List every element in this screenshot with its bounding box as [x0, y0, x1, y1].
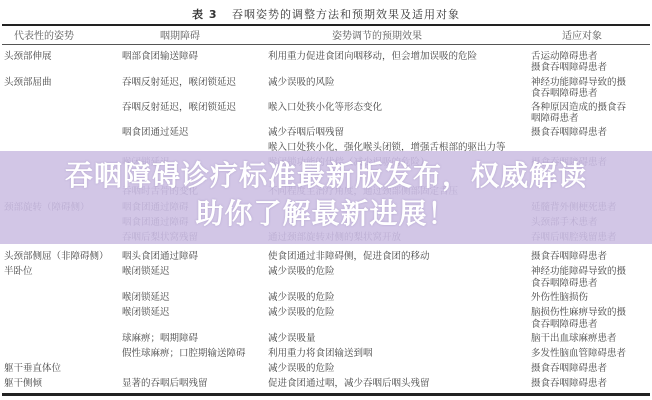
- header-posture: 代表性的姿势: [14, 30, 74, 43]
- headline-line-1: 吞咽障碍诊疗标准最新版发布，权威解读: [0, 158, 652, 194]
- cell-posture: 躯干侧倾: [4, 377, 42, 390]
- cell-target: 食吞咽障碍患者: [531, 87, 598, 100]
- cell-target: 摄食吞咽障碍患者: [531, 61, 607, 74]
- cell-target: 咽障碍患者: [531, 112, 579, 125]
- cell-target: 摄食吞咽障碍患者: [531, 250, 607, 263]
- cell-posture: 头颈部屈曲: [4, 76, 52, 89]
- table-bottom-rule: [2, 393, 650, 396]
- cell-disorder: 吞咽反射延迟，喉闭锁延迟: [122, 76, 236, 89]
- cell-effect: 减少误吸的危险: [268, 306, 335, 319]
- cell-disorder: 球麻痹；咽期障碍: [122, 332, 198, 345]
- cell-disorder: 咽部食团输送障碍: [122, 50, 198, 63]
- cell-effect: 减少误吸的危险: [268, 291, 335, 304]
- header-target: 适应对象: [562, 30, 602, 43]
- table-caption: 表 3 吞咽姿势的调整方法和预期效果及适用对象: [0, 6, 652, 22]
- cell-effect: 喉入口处狭小化等形态变化: [268, 101, 382, 114]
- cell-target: 食吞咽障碍患者: [531, 318, 598, 331]
- cell-disorder: 咽头食团通过障碍: [122, 250, 198, 263]
- cell-disorder: 咽食团通过延迟: [122, 126, 189, 139]
- cell-disorder: 吞咽反射延迟，喉闭锁延迟: [122, 101, 236, 114]
- cell-disorder: 喉闭锁延迟: [122, 306, 170, 319]
- cell-target: 食吞咽障碍患者: [531, 277, 598, 290]
- cell-effect: 减少误吸量: [268, 332, 316, 345]
- table-header-rule: [2, 44, 650, 45]
- table-title: 吞咽姿势的调整方法和预期效果及适用对象: [232, 8, 460, 21]
- cell-posture: 头颈部侧屈（非障碍侧）: [4, 250, 109, 263]
- cell-disorder: 喉闭锁延迟: [122, 291, 170, 304]
- cell-posture: 头颈部伸展: [4, 50, 52, 63]
- cell-target: 脑干出血球麻痹患者: [531, 332, 617, 345]
- cell-target: 摄食吞咽障碍患者: [531, 377, 607, 390]
- cell-effect: 减少吞咽后咽残留: [268, 126, 344, 139]
- cell-effect: 使食团通过非障碍侧，促进食团的移动: [268, 250, 430, 263]
- cell-effect: 减少误吸的风险: [268, 76, 335, 89]
- cell-effect: 减少误吸的危险: [268, 362, 335, 375]
- cell-effect: 利用重力将食团输送到咽: [268, 347, 373, 360]
- header-disorder: 咽期障碍: [160, 30, 200, 43]
- cell-effect: 减少误吸的危险: [268, 265, 335, 278]
- headline-line-2: 助你了解最新进展！: [0, 196, 652, 232]
- table-number: 表 3: [192, 8, 217, 21]
- cell-disorder: 喉闭锁延迟: [122, 265, 170, 278]
- cell-target: 摄食吞咽障碍患者: [531, 126, 607, 139]
- cell-effect: 促进食团通过咽，减少吞咽后咽头残留: [268, 377, 430, 390]
- cell-effect: 利用重力促进食团向咽移动，但会增加误吸的危险: [268, 50, 477, 63]
- cell-disorder: 假性球麻痹；口腔期输送障碍: [122, 347, 246, 360]
- cell-target: 摄食吞咽障碍患者: [531, 362, 607, 375]
- table-top-rule: [2, 24, 650, 26]
- cell-target: 多发性脑血管障碍患者: [531, 347, 626, 360]
- cell-posture: 躯干垂直体位: [4, 362, 61, 375]
- cell-disorder: 显著的吞咽后咽残留: [122, 377, 208, 390]
- cell-posture: 半卧位: [4, 265, 33, 278]
- header-effect: 姿势调节的预期效果: [332, 30, 422, 43]
- cell-target: 外伤性脑损伤: [531, 291, 588, 304]
